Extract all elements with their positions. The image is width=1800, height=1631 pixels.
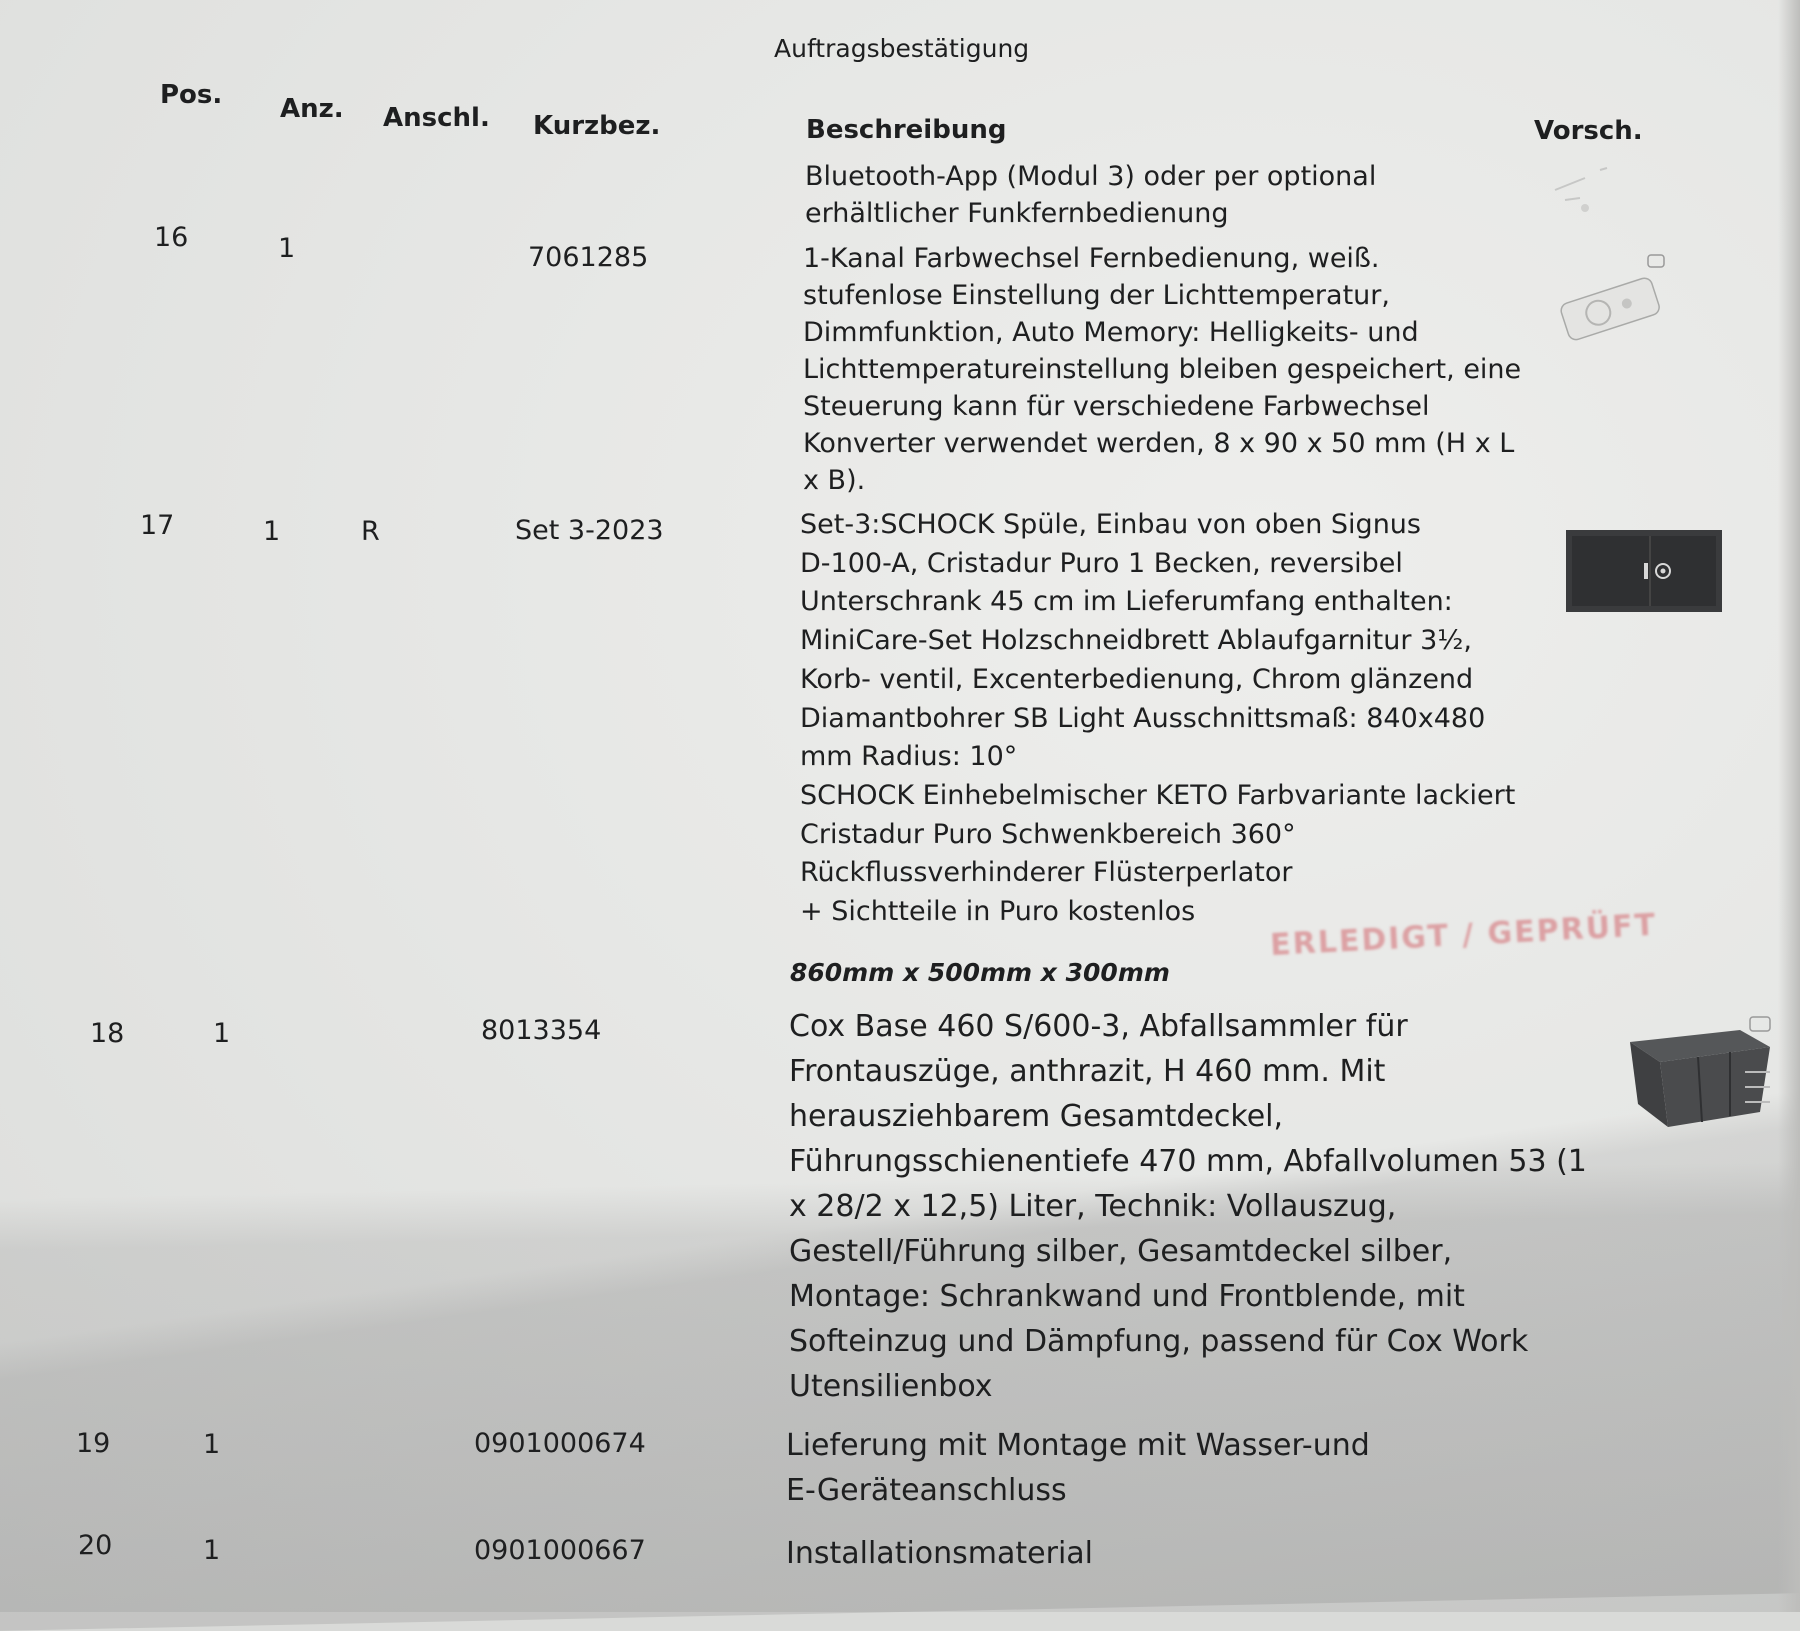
row-19-anz: 1: [203, 1429, 220, 1460]
row-17-anz: 1: [263, 516, 280, 547]
column-header-anz: Anz.: [280, 94, 344, 124]
row-17-kurzbez: Set 3-2023: [515, 515, 664, 546]
document-title: Auftragsbestätigung: [774, 34, 1029, 63]
row-20-anz: 1: [203, 1535, 220, 1566]
row-20-description: Installationsmaterial: [786, 1531, 1093, 1576]
row-17-description: Set-3:SCHOCK Spüle, Einbau von oben Sign…: [800, 506, 1515, 932]
row-17-dimensions: 860mm x 500mm x 300mm: [790, 958, 1170, 987]
remote-control-thumbnail: [1548, 250, 1673, 350]
row-19-pos: 19: [76, 1428, 110, 1459]
row-20-kurzbez: 0901000667: [474, 1535, 646, 1566]
row-18-pos: 18: [90, 1018, 124, 1049]
column-header-anschl: Anschl.: [383, 103, 490, 133]
row-16-description: 1-Kanal Farbwechsel Fernbedienung, weiß.…: [803, 240, 1521, 499]
row-18-kurzbez: 8013354: [481, 1015, 601, 1046]
sink-thumbnail: [1566, 530, 1722, 612]
column-header-beschreibung: Beschreibung: [806, 115, 1006, 145]
row-16-anz: 1: [278, 233, 295, 264]
previous-item-thumbnail: [1545, 160, 1615, 220]
row-18-anz: 1: [213, 1018, 230, 1049]
row-18-description: Cox Base 460 S/600-3, Abfallsammler für …: [789, 1004, 1587, 1409]
column-header-vorsch: Vorsch.: [1534, 116, 1643, 146]
row-17-anschl: R: [361, 516, 380, 547]
row-20-pos: 20: [78, 1530, 112, 1561]
row-16-pos: 16: [154, 222, 188, 253]
row-16-kurzbez: 7061285: [528, 242, 648, 273]
column-header-kurzbez: Kurzbez.: [533, 111, 660, 141]
row-19-kurzbez: 0901000674: [474, 1428, 646, 1459]
row-19-description: Lieferung mit Montage mit Wasser-und E-G…: [786, 1423, 1370, 1513]
continuation-text: Bluetooth-App (Modul 3) oder per optiona…: [805, 158, 1376, 232]
row-17-pos: 17: [140, 510, 174, 541]
paper-edge: [1778, 0, 1800, 1612]
waste-bin-thumbnail: [1620, 1012, 1780, 1140]
column-header-pos: Pos.: [160, 80, 222, 110]
